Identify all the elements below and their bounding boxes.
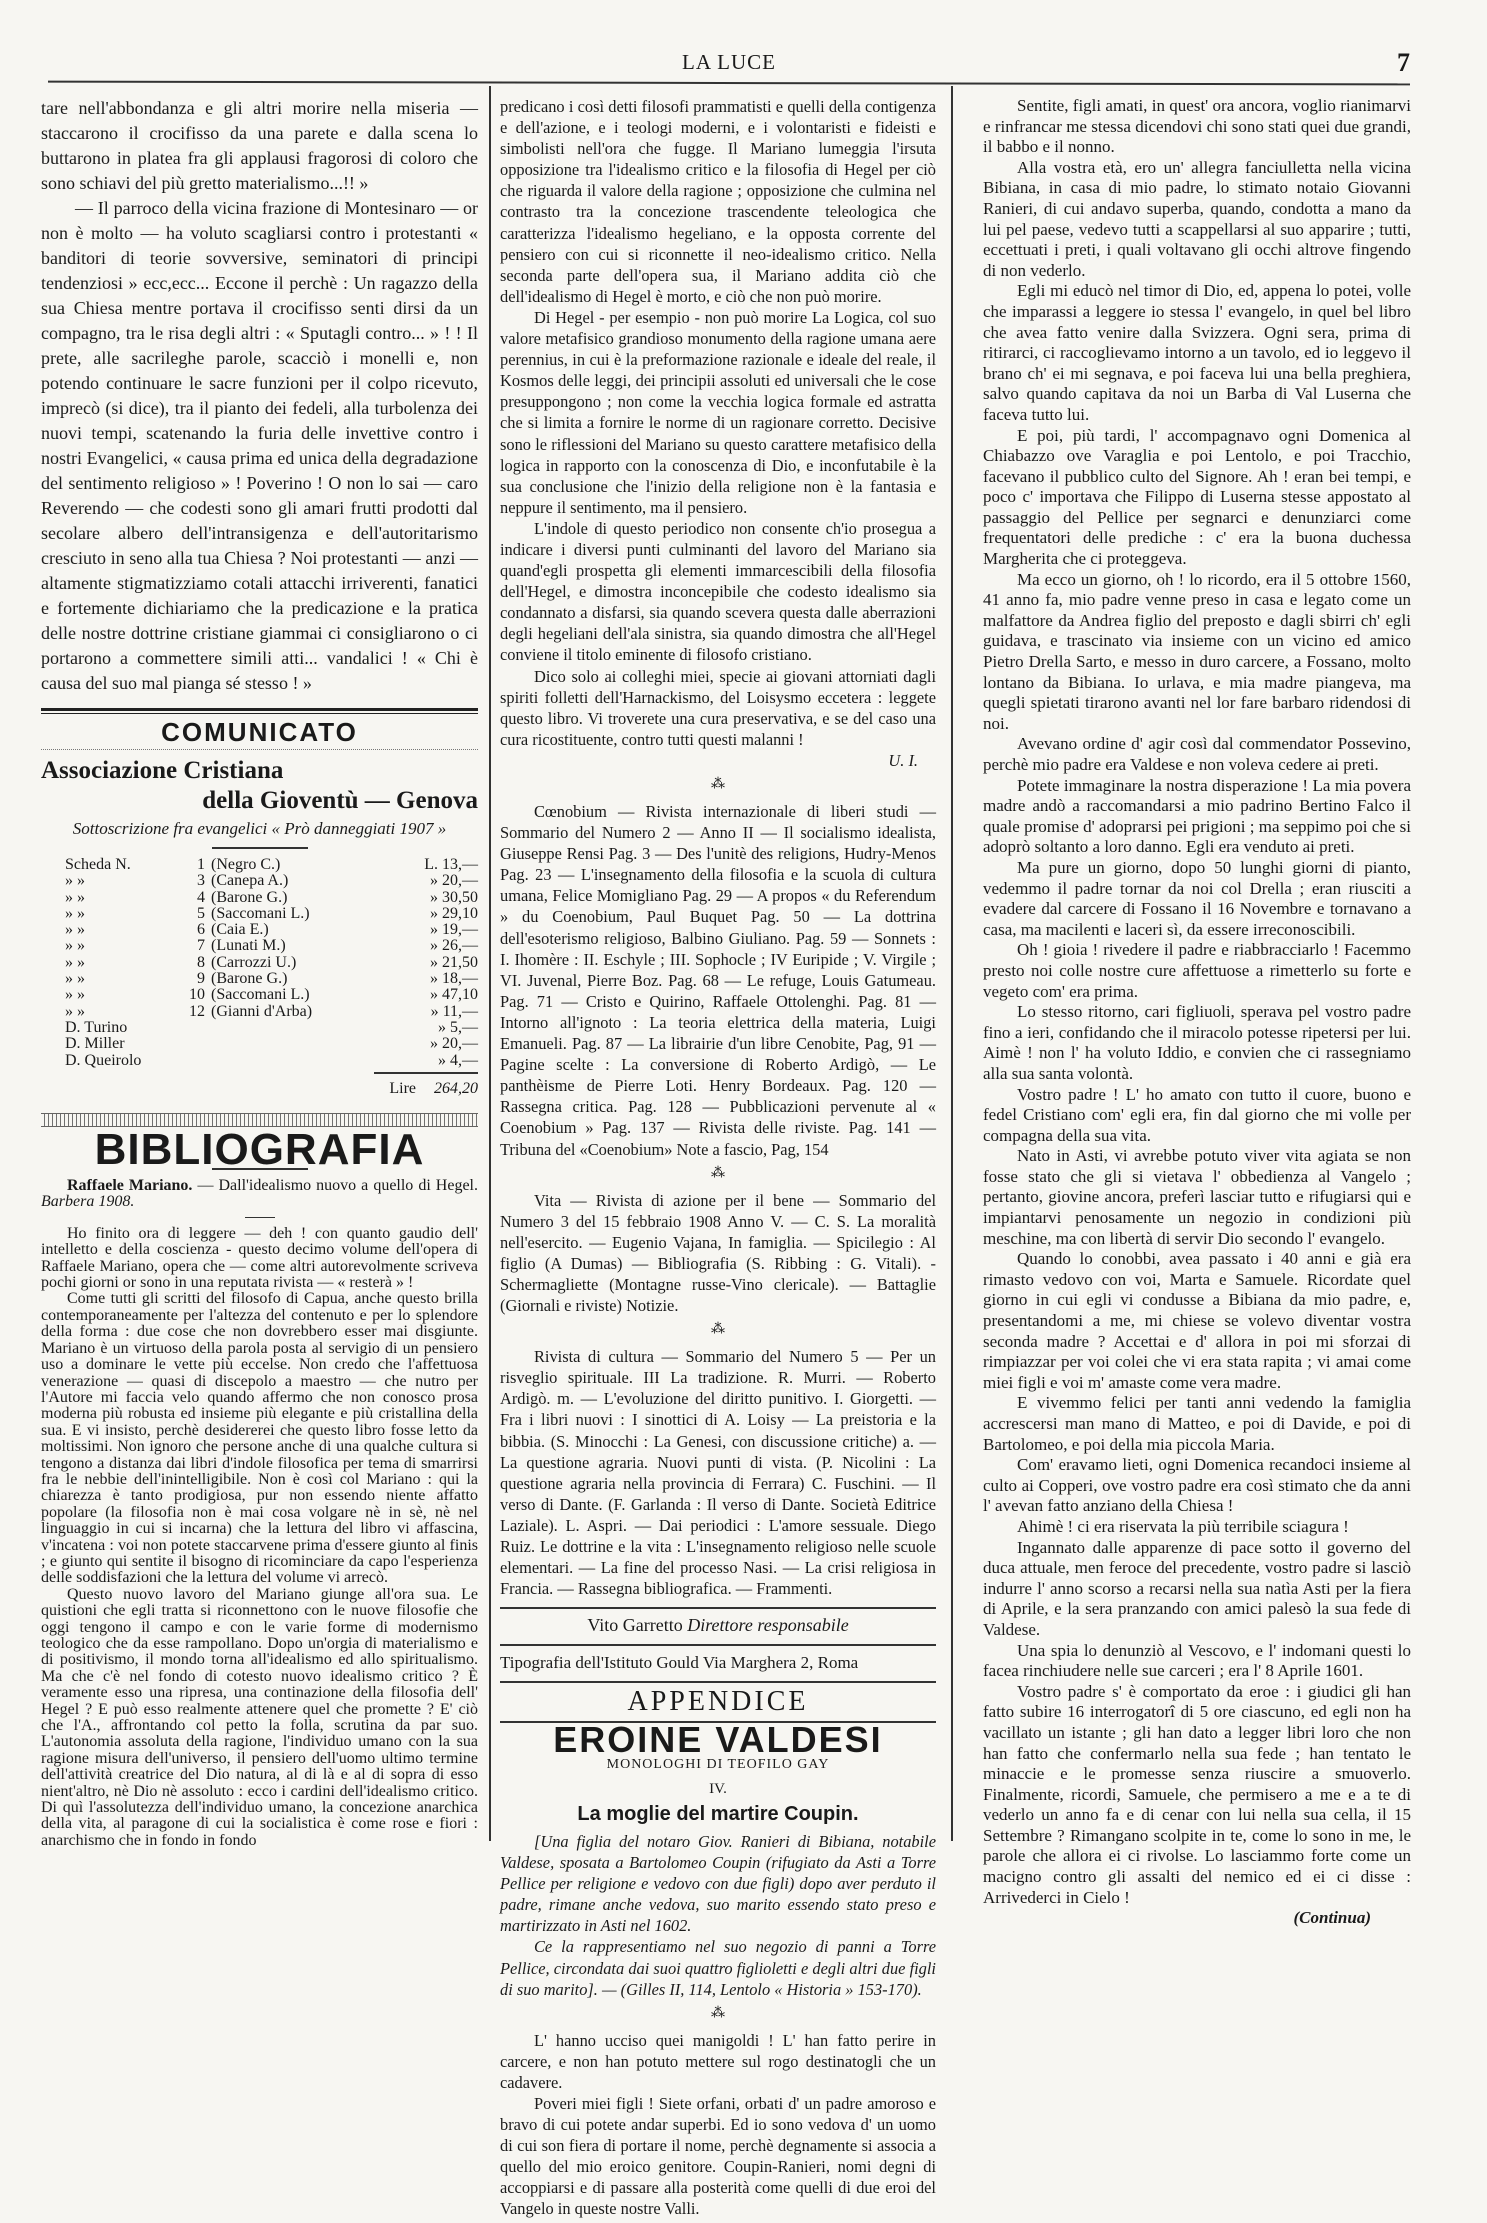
donation-row: » »5(Saccomani L.)» 29,10 [41,906,478,922]
review-paragraph: Come tutti gli scritti del filosofo di C… [41,1291,478,1586]
serial-paragraph: Una spia lo denunziò al Vescovo, e l' in… [983,1641,1411,1682]
donation-label: » » [41,987,177,1003]
donations-total: Lire 264,20 [41,1076,478,1101]
donation-name: (Negro C.) [211,857,385,873]
column-divider [489,86,491,1841]
donation-name: (Barone G.) [211,890,385,906]
donation-row: D. Miller» 20,— [41,1036,478,1052]
serial-paragraph: Oh ! gioia ! rivedere il padre e riabbra… [983,940,1411,1002]
donation-row: » »8(Carrozzi U.)» 21,50 [41,955,478,971]
serial-paragraph: Sentite, figli amati, in quest' ora anco… [983,96,1411,158]
donation-name: (Barone G.) [211,971,385,987]
donation-row: D. Turino» 5,— [41,1020,478,1036]
serial-paragraph: Avevano ordine d' agir così dal commenda… [983,734,1411,775]
donation-name: (Canepa A.) [211,873,385,889]
donation-amount: » 21,50 [385,955,478,971]
serial-paragraph: Egli mi educò nel timor di Dio, ed, appe… [983,281,1411,425]
donation-label: Scheda N. [41,857,177,873]
serial-paragraph: Ahimè ! ci era riservata la più terribil… [983,1517,1411,1538]
article-paragraph: — Il parroco della vicina frazione di Mo… [41,196,478,696]
serial-paragraph: Vostro padre ! L' ho amato con tutto il … [983,1085,1411,1147]
director-name: Vito Garretto [587,1615,682,1635]
donation-amount: » 19,— [385,922,478,938]
review-paragraph: L'indole di questo periodico non consent… [500,518,936,666]
donation-name: (Saccomani L.) [211,906,385,922]
serial-paragraph: Potete immaginare la nostra disperazione… [983,776,1411,858]
donation-label: » » [41,971,177,987]
serial-intro: Ce la rappresentiamo nel suo negozio di … [500,1936,936,1999]
donation-row: » »3(Canepa A.)» 20,— [41,873,478,889]
section-rule [41,708,478,714]
donation-amount: L. 13,— [385,857,478,873]
book-publisher: Barbera 1908. [41,1193,134,1210]
header-rule [48,81,1410,86]
donation-num: 3 [177,873,211,889]
director-role: Direttore responsabile [687,1615,848,1635]
serial-paragraph: E vivemmo felici per tanti anni vedendo … [983,1393,1411,1455]
printer-credit: Tipografia dell'Istituto Gould Via Margh… [500,1652,936,1673]
donation-amount: » 20,— [385,1036,478,1052]
donation-name: (Caia E.) [211,922,385,938]
rule [500,1644,936,1646]
total-rule [374,1072,478,1074]
rule [500,1607,936,1609]
total-label: Lire [389,1080,416,1097]
book-title: — Dall'idealismo nuovo a quello di Hegel… [197,1177,478,1194]
donation-label: D. Queirolo [41,1053,177,1069]
donation-row: » »7(Lunati M.)» 26,— [41,938,478,954]
donation-num [177,1020,211,1036]
donation-label: » » [41,1004,177,1020]
donation-row: Scheda N.1(Negro C.)L. 13,— [41,857,478,873]
serial-paragraph: Quando lo conobbi, avea passato i 40 ann… [983,1249,1411,1393]
asterism-divider: ⁂ [500,779,936,791]
serial-paragraph: Ingannato dalle apparenze di pace sotto … [983,1538,1411,1641]
serial-paragraph: Ma pure un giorno, dopo 50 lunghi giorni… [983,858,1411,940]
donation-name: (Gianni d'Arba) [211,1004,385,1020]
article-continuation: tare nell'abbondanza e gli altri morire … [41,96,478,196]
comunicato-heading: COMUNICATO [41,720,478,745]
short-rule [212,847,308,849]
rivista-cultura-summary: Rivista di cultura — Sommario del Numero… [500,1346,936,1599]
donation-num [177,1053,211,1069]
donation-amount: » 29,10 [385,906,478,922]
serial-intro: [Una figlia del notaro Giov. Ranieri di … [500,1831,936,1936]
book-author: Raffaele Mariano. [67,1177,192,1194]
asterism-divider: ⁂ [500,1168,936,1180]
serial-paragraph: Alla vostra età, ero un' allegra fanciul… [983,158,1411,282]
donation-num: 1 [177,857,211,873]
review-paragraph: Dico solo ai colleghi miei, specie ai gi… [500,666,936,750]
review-paragraph: Ho finito ora di leggere — deh ! con qua… [41,1226,478,1292]
serial-paragraph: Lo stesso ritorno, cari figliuoli, spera… [983,1002,1411,1084]
column-middle: predicano i così detti filosofi prammati… [500,96,936,2220]
donation-amount: » 11,— [385,1004,478,1020]
appendice-heading: APPENDICE [500,1691,936,1712]
review-continuation: predicano i così detti filosofi prammati… [500,96,936,307]
part-number: IV. [500,1779,936,1800]
dotted-rule [41,749,478,750]
donation-num: 7 [177,938,211,954]
subscription-subtitle: Sottoscrizione fra evangelici « Prò dann… [41,816,478,841]
donation-num: 4 [177,890,211,906]
donation-num: 12 [177,1004,211,1020]
donation-row: D. Queirolo» 4,— [41,1053,478,1069]
donation-amount: » 5,— [385,1020,478,1036]
continua-label: (Continua) [983,1908,1411,1929]
asterism-divider: ⁂ [500,2008,936,2020]
serial-paragraph: Vostro padre s' è comportato da eroe : i… [983,1682,1411,1909]
donation-label: » » [41,890,177,906]
donation-num: 9 [177,971,211,987]
donation-num: 5 [177,906,211,922]
donation-name: (Carrozzi U.) [211,955,385,971]
association-name: Associazione Cristiana [41,756,478,786]
donation-label: » » [41,938,177,954]
donation-amount: » 30,50 [385,890,478,906]
donation-row: » »12(Gianni d'Arba)» 11,— [41,1004,478,1020]
donation-amount: » 20,— [385,873,478,889]
column-right: Sentite, figli amati, in quest' ora anco… [983,96,1411,1929]
serial-title: EROINE VALDESI [500,1729,936,1750]
rule [500,1681,936,1683]
serial-paragraph: Poveri miei figli ! Siete orfani, orbati… [500,2093,936,2220]
serial-paragraph: Nato in Asti, vi avrebbe potuto viver vi… [983,1146,1411,1249]
newspaper-title: LA LUCE [48,50,1410,75]
donation-name [211,1036,385,1052]
review-paragraph: Questo nuovo lavoro del Mariano giunge a… [41,1587,478,1850]
column-left: tare nell'abbondanza e gli altri morire … [41,96,478,1849]
coenobium-summary: Cœnobium — Rivista internazionale di lib… [500,801,936,1160]
donation-amount: » 18,— [385,971,478,987]
chapter-title: La moglie del martire Coupin. [500,1804,936,1825]
donation-name [211,1053,385,1069]
donation-name: (Saccomani L.) [211,987,385,1003]
donation-num: 10 [177,987,211,1003]
asterism-divider: ⁂ [500,1324,936,1336]
association-city: della Gioventù — Genova [41,786,478,816]
serial-paragraph: L' hanno ucciso quei manigoldi ! L' han … [500,2030,936,2093]
donation-row: » »4(Barone G.)» 30,50 [41,890,478,906]
donations-table: Scheda N.1(Negro C.)L. 13,—» »3(Canepa A… [41,857,478,1069]
bibliografia-heading: BIBLIOGRAFIA [41,1137,478,1162]
donation-num [177,1036,211,1052]
tiny-rule [245,1217,275,1218]
donation-label: » » [41,922,177,938]
donation-name [211,1020,385,1036]
donation-label: » » [41,955,177,971]
page-header: LA LUCE 7 [48,50,1410,80]
column-divider [951,86,953,1841]
donation-amount: » 26,— [385,938,478,954]
page-number: 7 [1397,48,1410,78]
donation-row: » »10(Saccomani L.)» 47,10 [41,987,478,1003]
donation-amount: » 47,10 [385,987,478,1003]
donation-label: D. Turino [41,1020,177,1036]
donation-label: » » [41,906,177,922]
donation-row: » »9(Barone G.)» 18,— [41,971,478,987]
editor-credit: Vito Garretto Direttore responsabile [500,1615,936,1636]
serial-paragraph: E poi, più tardi, l' accompagnavo ogni D… [983,426,1411,570]
donation-row: » »6(Caia E.)» 19,— [41,922,478,938]
review-signature: U. I. [500,750,936,771]
vita-summary: Vita — Rivista di azione per il bene — S… [500,1190,936,1317]
donation-num: 8 [177,955,211,971]
serial-paragraph: Ma ecco un giorno, oh ! lo ricordo, era … [983,570,1411,735]
donation-label: D. Miller [41,1036,177,1052]
review-paragraph: Di Hegel - per esempio - non può morire … [500,307,936,518]
total-value: 264,20 [434,1080,478,1097]
donation-num: 6 [177,922,211,938]
donation-amount: » 4,— [385,1053,478,1069]
book-entry: Raffaele Mariano. — Dall'idealismo nuovo… [41,1178,478,1211]
serial-paragraph: Com' eravamo lieti, ogni Domenica recand… [983,1455,1411,1517]
ornamental-rule [41,1113,478,1127]
donation-name: (Lunati M.) [211,938,385,954]
donation-label: » » [41,873,177,889]
